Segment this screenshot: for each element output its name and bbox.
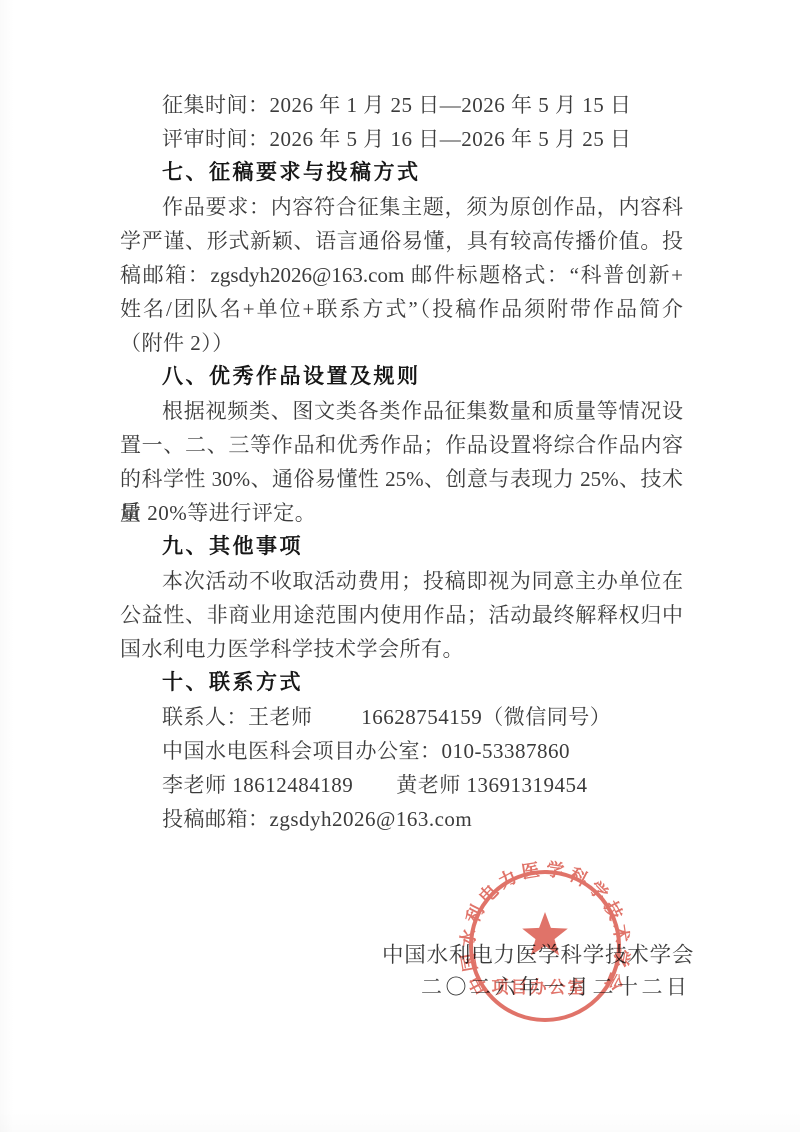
doc-line: 作品要求：内容符合征集主题，须为原创作品，内容科 xyxy=(120,190,683,224)
doc-line: 李老师 18612484189 黄老师 13691319454 xyxy=(120,768,683,802)
doc-line: 置一、二、三等作品和优秀作品；作品设置将综合作品内容 xyxy=(120,428,683,462)
doc-line: （附件 2）） xyxy=(120,326,683,360)
seal-center-text: 项目办公室 xyxy=(492,977,587,997)
section-heading: 九、其他事项 xyxy=(120,530,683,564)
official-seal: 中国水利电力医学科学技术学会 项目办公室 xyxy=(455,856,635,1036)
doc-line: 中国水电医科会项目办公室：010-53387860 xyxy=(120,734,683,768)
doc-line: 的科学性 30%、通俗易懂性 25%、创意与表现力 25%、技术质 xyxy=(120,462,683,496)
section-heading: 十、联系方式 xyxy=(120,666,683,700)
section-heading: 八、优秀作品设置及规则 xyxy=(120,360,683,394)
doc-line: 本次活动不收取活动费用；投稿即视为同意主办单位在 xyxy=(120,564,683,598)
scanned-document-page: 征集时间：2026 年 1 月 25 日—2026 年 5 月 15 日评审时间… xyxy=(0,0,800,1132)
doc-line: 学严谨、形式新颖、语言通俗易懂，具有较高传播价值。投 xyxy=(120,224,683,258)
doc-line: 国水利电力医学科学技术学会所有。 xyxy=(120,632,683,666)
section-heading: 七、征稿要求与投稿方式 xyxy=(120,156,683,190)
doc-line: 根据视频类、图文类各类作品征集数量和质量等情况设 xyxy=(120,394,683,428)
doc-line: 稿邮箱：zgsdyh2026@163.com 邮件标题格式：“科普创新+ xyxy=(120,258,683,292)
doc-line: 姓名/团队名+单位+联系方式”（投稿作品须附带作品简介 xyxy=(120,292,683,326)
seal-star-icon xyxy=(522,912,568,955)
doc-line: 投稿邮箱：zgsdyh2026@163.com xyxy=(120,802,683,836)
document-body: 征集时间：2026 年 1 月 25 日—2026 年 5 月 15 日评审时间… xyxy=(120,88,683,836)
doc-line: 征集时间：2026 年 1 月 25 日—2026 年 5 月 15 日 xyxy=(120,88,683,122)
doc-line: 公益性、非商业用途范围内使用作品；活动最终解释权归中 xyxy=(120,598,683,632)
doc-line: 联系人：王老师 16628754159（微信同号） xyxy=(120,700,683,734)
doc-line: 量 20%等进行评定。 xyxy=(120,496,683,530)
doc-line: 评审时间：2026 年 5 月 16 日—2026 年 5 月 25 日 xyxy=(120,122,683,156)
